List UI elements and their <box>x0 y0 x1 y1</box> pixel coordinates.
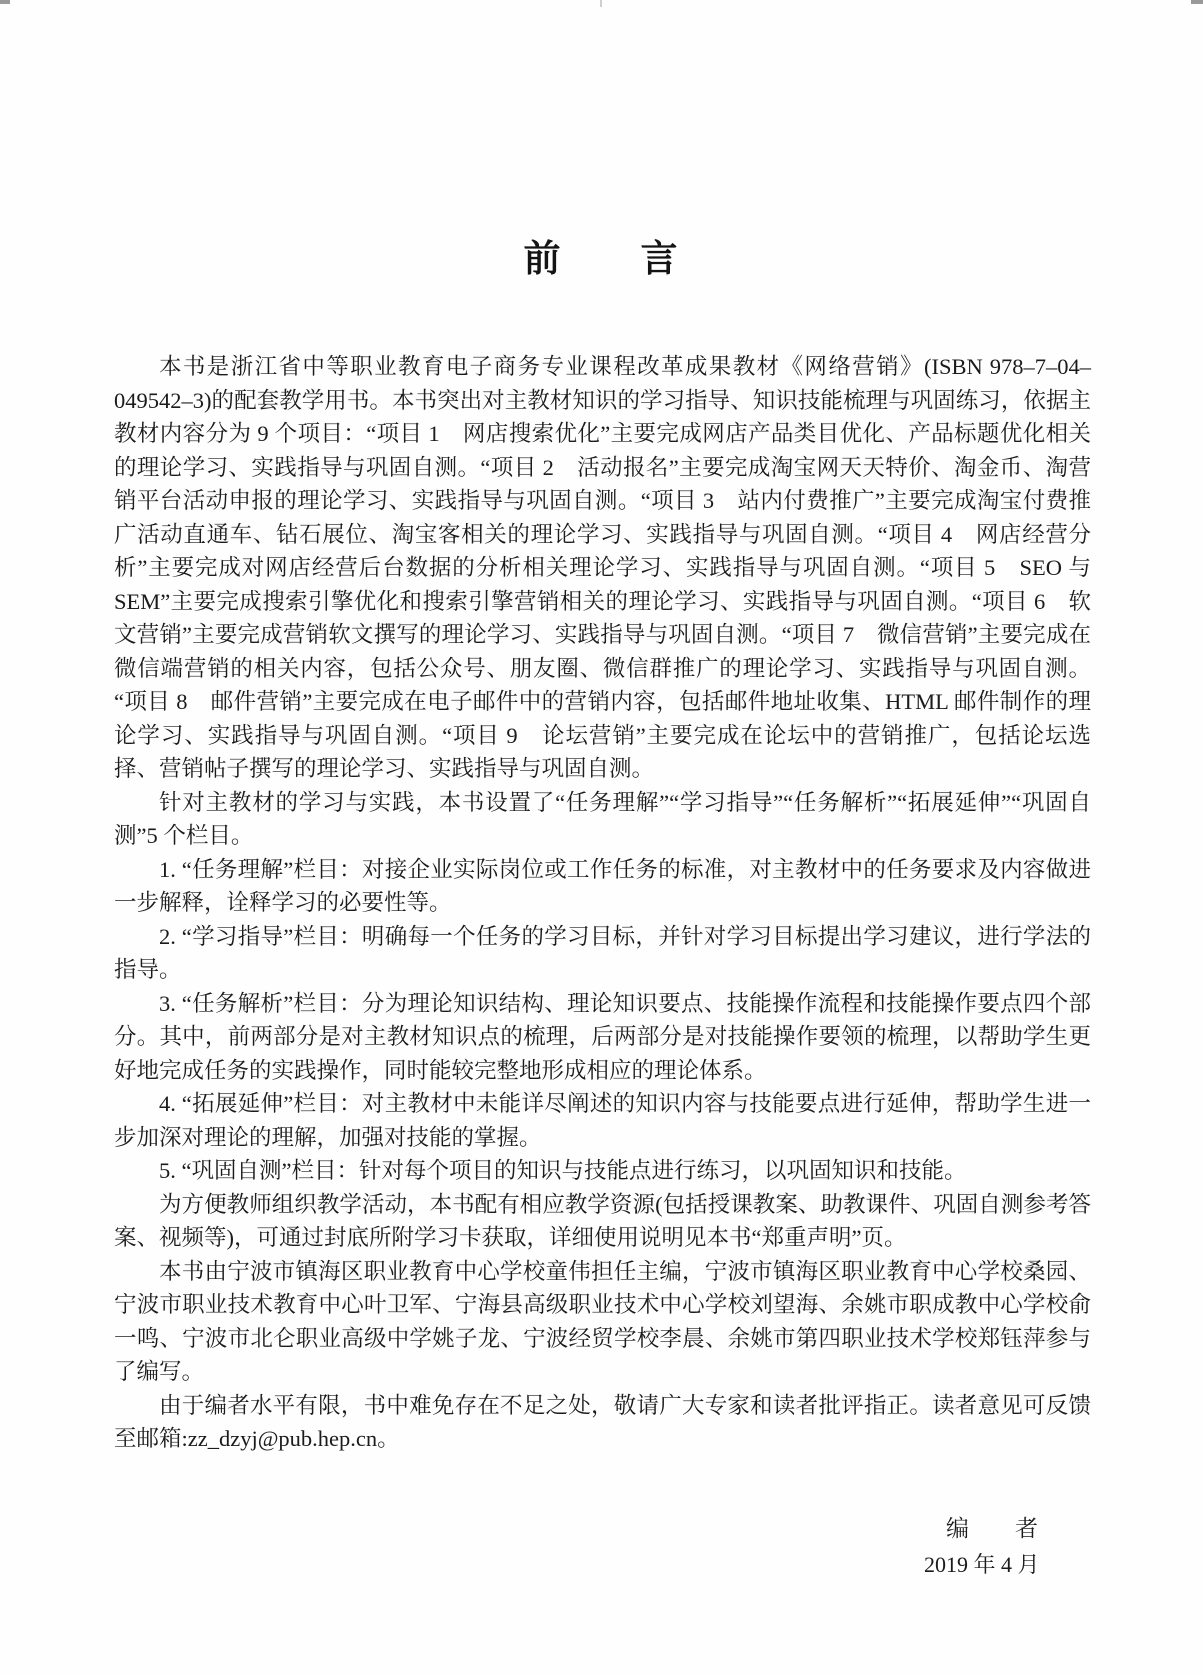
paragraph-column-extension: 4. “拓展延伸”栏目：对主教材中未能详尽阐述的知识内容与技能要点进行延伸，帮助… <box>114 1087 1091 1154</box>
scan-artifact-top-left <box>0 0 10 4</box>
preface-page: 前 言 本书是浙江省中等职业教育电子商务专业课程改革成果教材《网络营销》(ISB… <box>0 0 1203 1675</box>
paragraph-contributors: 本书由宁波市镇海区职业教育中心学校童伟担任主编，宁波市镇海区职业教育中心学校桑园… <box>114 1255 1091 1389</box>
scan-artifact-top-right <box>1191 0 1203 4</box>
paragraph-feedback-email: 由于编者水平有限，书中难免存在不足之处，敬请广大专家和读者批评指正。读者意见可反… <box>114 1389 1091 1456</box>
paragraph-column-task-understanding: 1. “任务理解”栏目：对接企业实际岗位或工作任务的标准，对主教材中的任务要求及… <box>114 853 1091 920</box>
publication-date: 2019 年 4 月 <box>924 1548 1040 1579</box>
preface-body: 本书是浙江省中等职业教育电子商务专业课程改革成果教材《网络营销》(ISBN 97… <box>114 350 1091 1456</box>
page-title: 前 言 <box>0 228 1203 282</box>
paragraph-column-self-test: 5. “巩固自测”栏目：针对每个项目的知识与技能点进行练习，以巩固知识和技能。 <box>114 1154 1091 1188</box>
author-signature: 编 者 <box>946 1510 1038 1543</box>
paragraph-book-overview: 本书是浙江省中等职业教育电子商务专业课程改革成果教材《网络营销》(ISBN 97… <box>114 350 1091 786</box>
scan-artifact-top-center <box>600 0 602 7</box>
paragraph-columns-overview: 针对主教材的学习与实践，本书设置了“任务理解”“学习指导”“任务解析”“拓展延伸… <box>114 786 1091 853</box>
paragraph-column-study-guidance: 2. “学习指导”栏目：明确每一个任务的学习目标，并针对学习目标提出学习建议，进… <box>114 920 1091 987</box>
paragraph-column-task-analysis: 3. “任务解析”栏目：分为理论知识结构、理论知识要点、技能操作流程和技能操作要… <box>114 987 1091 1088</box>
paragraph-teaching-resources: 为方便教师组织教学活动，本书配有相应教学资源(包括授课教案、助教课件、巩固自测参… <box>114 1188 1091 1255</box>
